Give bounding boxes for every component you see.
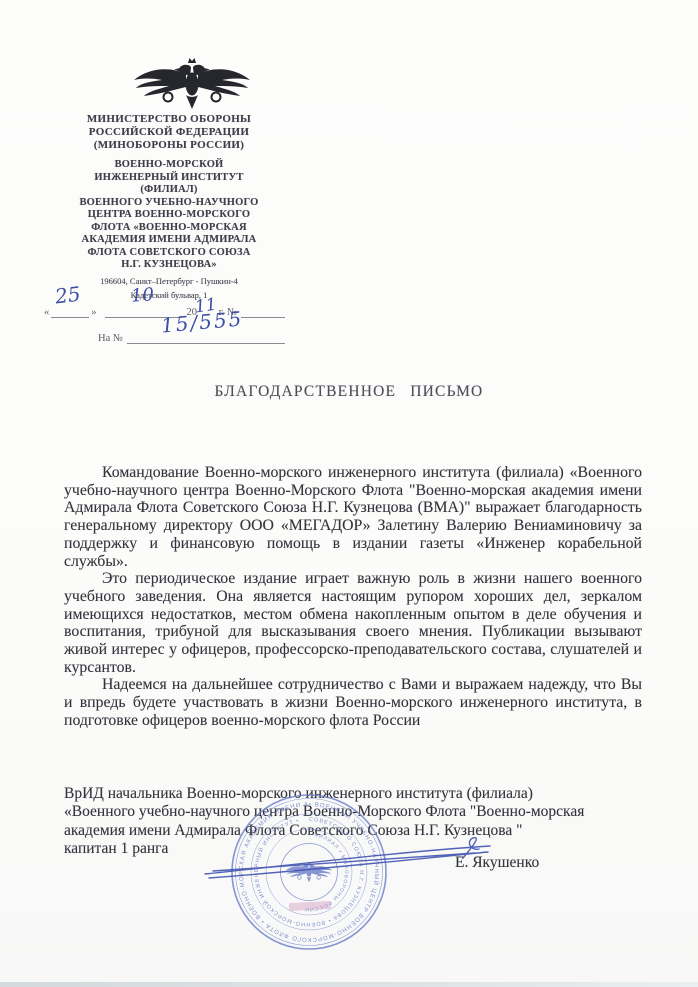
letterhead-ministry: МИНИСТЕРСТВО ОБОРОНЫ РОССИЙСКОЙ ФЕДЕРАЦИ… [40,113,298,152]
letter-body: Командование Военно-морского инженерного… [64,464,642,730]
scanned-letter-page: МИНИСТЕРСТВО ОБОРОНЫ РОССИЙСКОЙ ФЕДЕРАЦИ… [0,0,698,987]
letterhead-institute: ВОЕННО-МОРСКОЙ ИНЖЕНЕРНЫЙ ИНСТИТУТ (ФИЛИ… [40,159,298,272]
paragraph: Командование Военно-морского инженерного… [64,464,642,570]
letter-title: БЛАГОДАРСТВЕННОЕ ПИСЬМО [0,383,698,401]
reference-label: На № [98,333,123,344]
handwritten-year: 11 [194,295,218,318]
letterhead-line: (ФИЛИАЛ) [40,184,298,197]
letterhead-line: ИНЖЕНЕРНЫЙ ИНСТИТУТ [40,172,298,185]
letterhead-line: ФЛОТА СОВЕТСКОГО СОЮЗА [40,247,298,260]
letterhead: МИНИСТЕРСТВО ОБОРОНЫ РОССИЙСКОЙ ФЕДЕРАЦИ… [40,113,298,300]
letterhead-line: ВОЕННО-МОРСКОЙ [40,159,298,172]
letterhead-line: РОССИЙСКОЙ ФЕДЕРАЦИИ [40,126,298,139]
stamp-pink-mark [289,901,331,911]
scan-bottom-edge [0,982,698,987]
handwritten-signature [195,828,505,888]
letterhead-line: ЦЕНТРА ВОЕННО-МОРСКОГО [40,209,298,222]
month-blank: 10 [105,301,181,318]
letterhead-line: ФЛОТА «ВОЕННО-МОРСКАЯ [40,222,298,235]
open-quote: « [44,307,49,318]
date-line: « 25 » 10 20 11 г. № [42,296,312,318]
letterhead-line: (МИНОБОРОНЫ РОССИИ) [40,139,298,152]
letterhead-line: ВОЕННОГО УЧЕБНО-НАУЧНОГО [40,197,298,210]
paragraph: Это периодическое издание играет важную … [64,570,642,676]
day-blank: 25 [51,301,89,318]
letterhead-line: Н.Г. КУЗНЕЦОВА» [40,259,298,272]
reference-blank: 15/555 [127,327,285,344]
letterhead-line: МИНИСТЕРСТВО ОБОРОНЫ [40,113,298,126]
reference-line: На № 15/555 [98,322,285,344]
number-blank [241,301,285,318]
year-suffix: г. № [219,307,237,318]
ministry-emblem-eagle-icon [131,56,253,112]
letterhead-line: АКАДЕМИЯ ИМЕНИ АДМИРАЛА [40,234,298,247]
letterhead-address: 196604, Санкт–Петербург - Пушкин-4 [40,276,298,286]
close-quote: » [91,307,96,318]
paragraph: Надеемся на дальнейшее сотрудничество с … [64,676,642,729]
